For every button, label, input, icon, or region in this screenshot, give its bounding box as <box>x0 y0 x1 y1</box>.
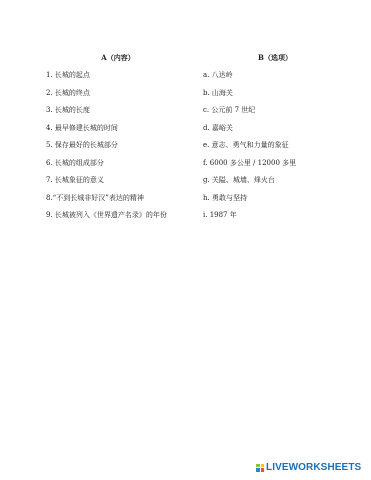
logo-grid-icon <box>256 464 264 472</box>
column-a-item: 6. 长城的组成部分 <box>46 158 104 168</box>
column-b-item: c. 公元前 7 世纪 <box>203 105 255 115</box>
column-b-item: f. 6000 多公里 / 12000 多里 <box>203 158 296 168</box>
column-b-item: h. 勇敢与坚持 <box>203 193 247 203</box>
column-a-item: 9. 长城被列入《世界遗产名录》的年份 <box>46 210 167 220</box>
column-b-item: d. 嘉峪关 <box>203 123 233 133</box>
logo-text: LIVEWORKSHEETS <box>266 462 361 473</box>
column-a-item: 2. 长城的终点 <box>46 88 90 98</box>
column-b-header: B（选项） <box>215 53 335 63</box>
column-b-item: b. 山海关 <box>203 88 233 98</box>
column-a-item: 4. 最早修建长城的时间 <box>46 123 118 133</box>
column-a-header: A（内容） <box>58 53 178 63</box>
column-b-item: e. 意志、勇气和力量的象征 <box>203 140 289 150</box>
column-b-item: a. 八达岭 <box>203 70 233 80</box>
column-b-item: g. 关隘、城墙、烽火台 <box>203 175 275 185</box>
worksheet-page: A（内容） B（选项） 1. 长城的起点 2. 长城的终点 3. 长城的长度 4… <box>0 0 371 480</box>
column-b-item: i. 1987 年 <box>203 210 237 220</box>
column-a-item: 8.“不到长城非好汉”表达的精神 <box>46 193 144 203</box>
column-a-item: 3. 长城的长度 <box>46 105 90 115</box>
column-a-item: 1. 长城的起点 <box>46 70 90 80</box>
column-a-item: 7. 长城象征的意义 <box>46 175 104 185</box>
liveworksheets-logo[interactable]: LIVEWORKSHEETS <box>256 462 361 473</box>
column-a-item: 5. 保存最好的长城部分 <box>46 140 118 150</box>
